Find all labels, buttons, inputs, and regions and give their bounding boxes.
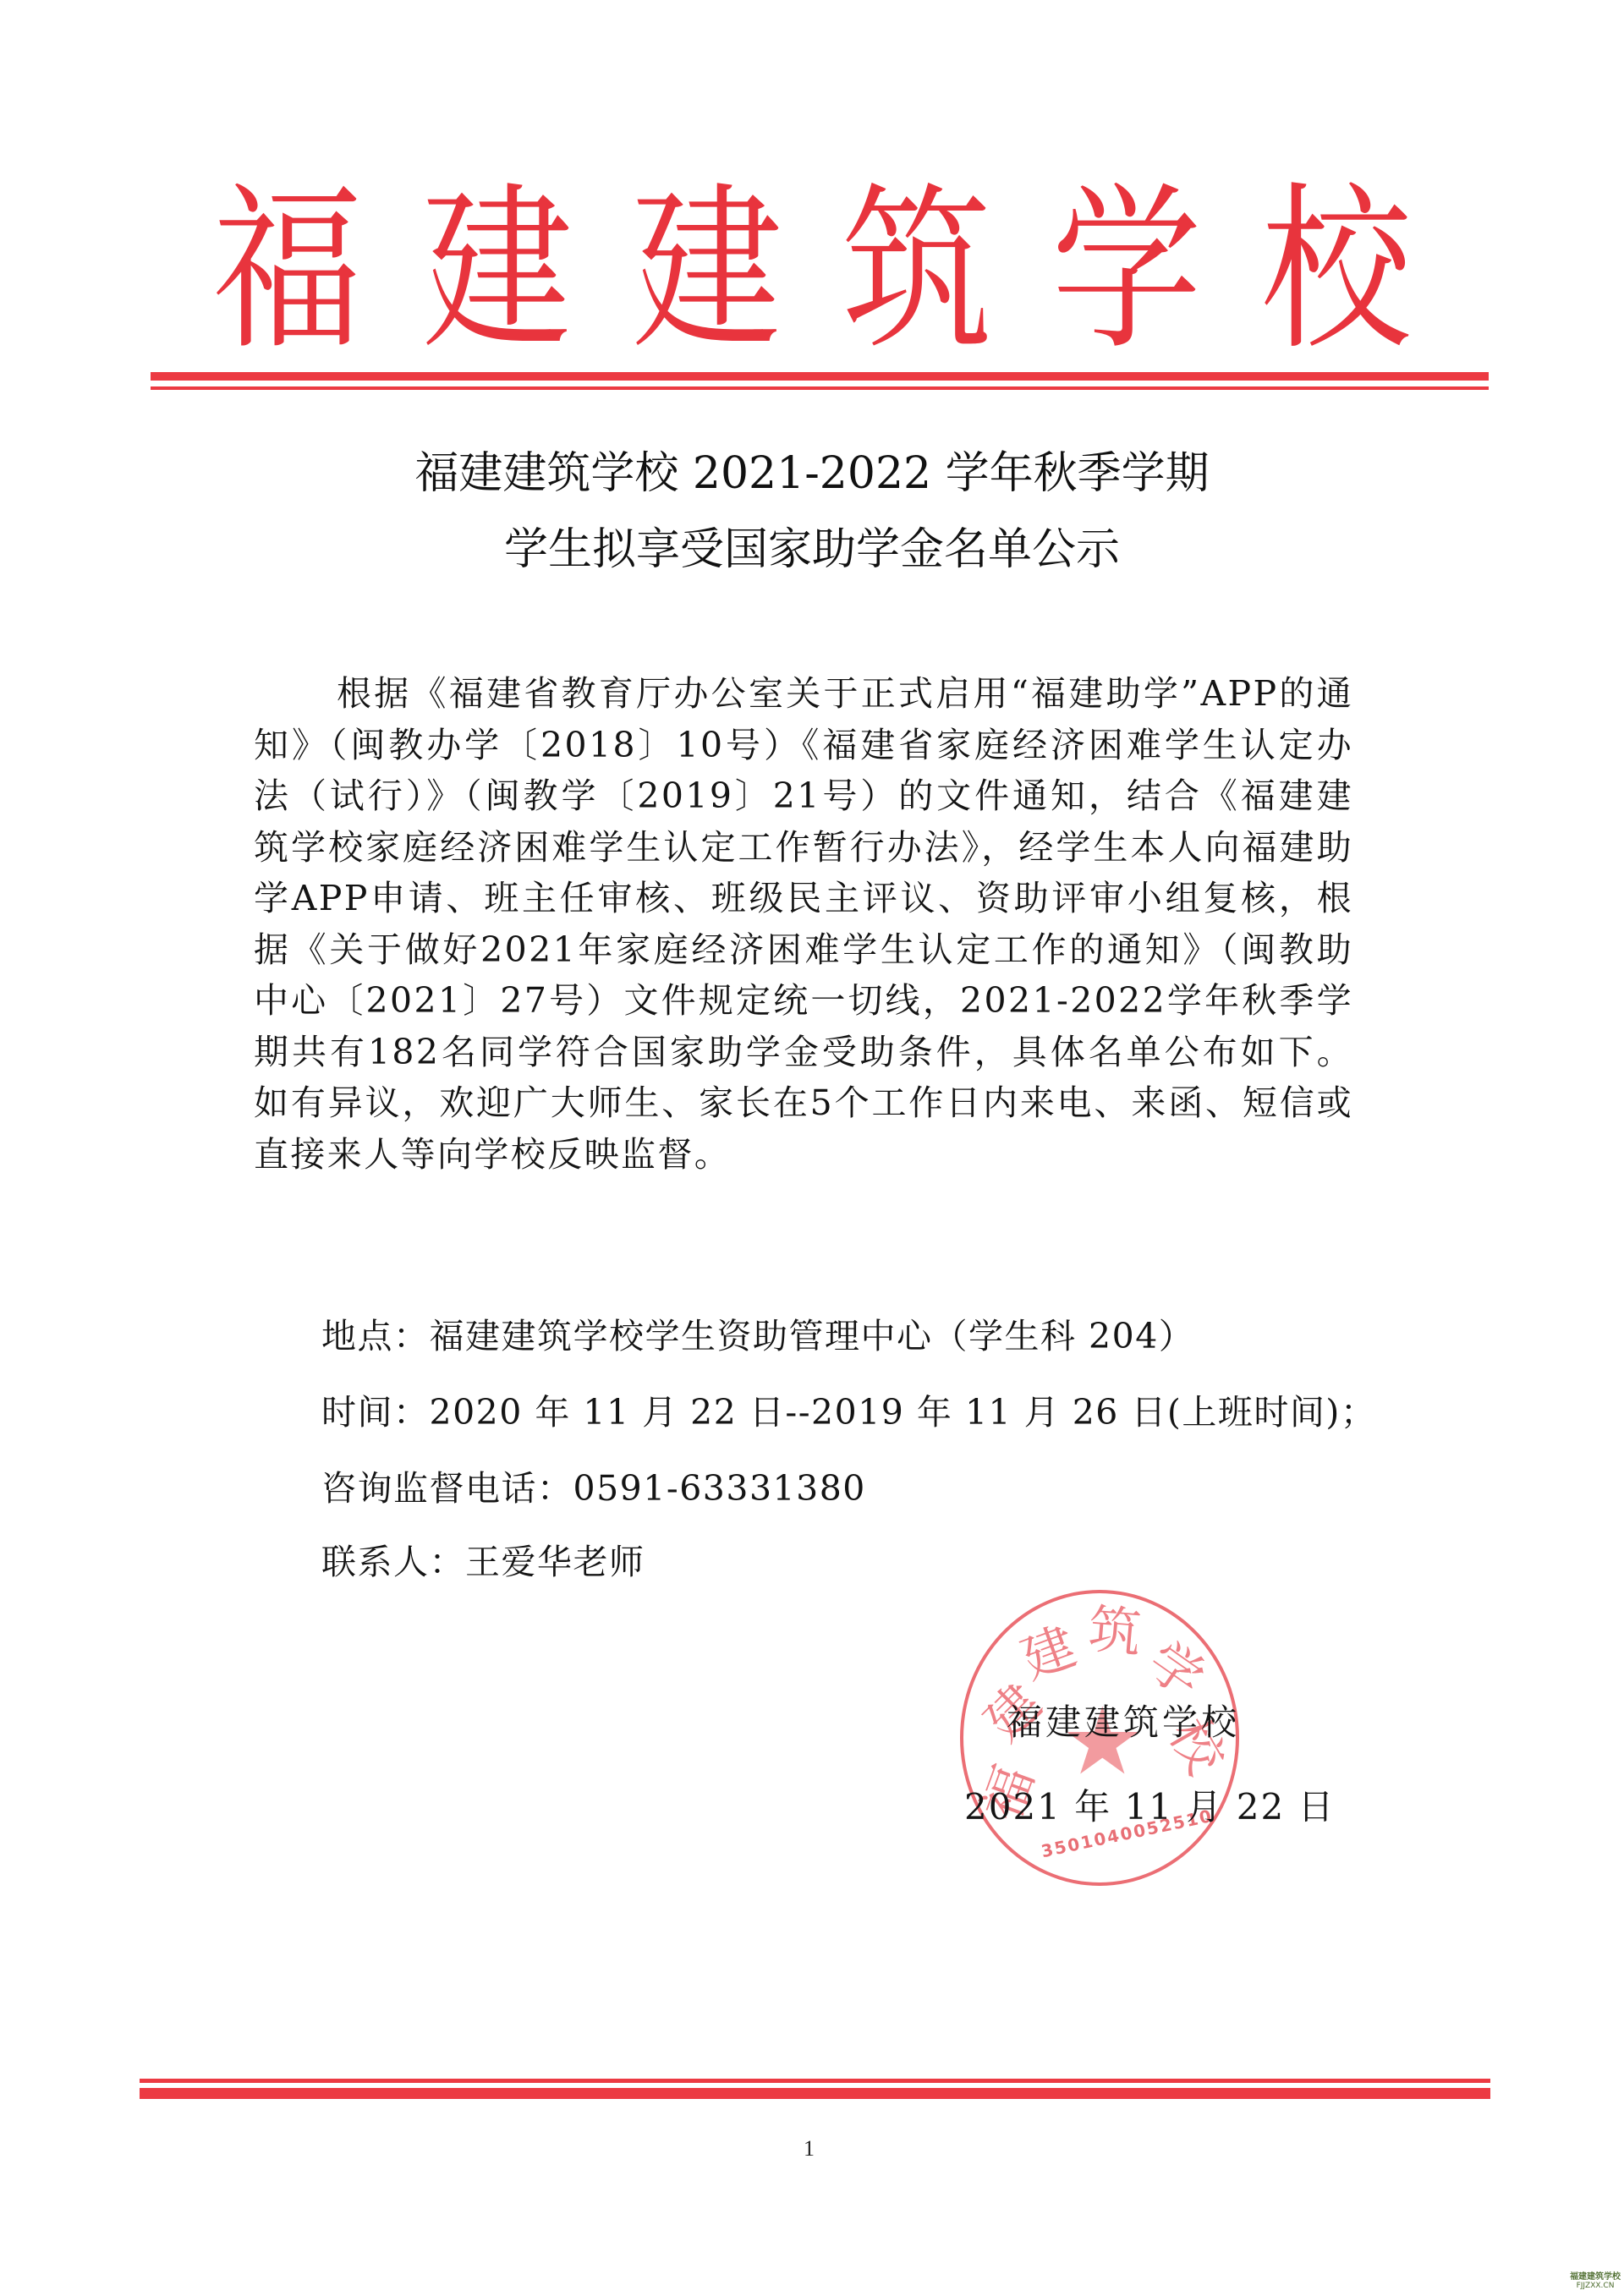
watermark-name: 福建建筑学校: [1570, 2272, 1621, 2282]
seal-char: 建: [1015, 1619, 1082, 1686]
site-watermark: 福建建筑学校 FJJZXX.CN: [1570, 2272, 1621, 2291]
info-phone: 咨询监督电话：0591-63331380: [321, 1467, 1421, 1510]
footer-rule-thin: [140, 2079, 1490, 2083]
notice-body-paragraph: 根据《福建省教育厅办公室关于正式启用“福建助学”APP的通知》（闽教办学〔201…: [254, 668, 1353, 1180]
notice-title-line1: 福建建筑学校 2021-2022 学年秋季学期: [0, 448, 1624, 499]
signature-org: 福建建筑学校: [1007, 1701, 1240, 1744]
header-rule-thick: [151, 372, 1489, 381]
page-number: 1: [804, 2136, 815, 2162]
seal-char: 筑: [1086, 1603, 1143, 1659]
masthead-title: 福建建筑学校: [0, 176, 1624, 365]
document-page: 福建建筑学校 福建建筑学校 2021-2022 学年秋季学期 学生拟享受国家助学…: [0, 0, 1624, 2296]
notice-title-line2: 学生拟享受国家助学金名单公示: [0, 524, 1624, 575]
info-location: 地点：福建建筑学校学生资助管理中心（学生科 204）: [321, 1315, 1421, 1357]
seal-char: 学: [1139, 1634, 1212, 1707]
signature-date: 2021 年 11 月 22 日: [964, 1786, 1336, 1828]
header-rule-thin: [151, 386, 1489, 390]
watermark-url: FJJZXX.CN: [1570, 2282, 1621, 2291]
info-contact: 联系人：王爱华老师: [321, 1541, 1421, 1583]
footer-rule-thick: [140, 2088, 1490, 2099]
info-time: 时间：2020 年 11 月 22 日--2019 年 11 月 26 日(上班…: [321, 1391, 1421, 1433]
